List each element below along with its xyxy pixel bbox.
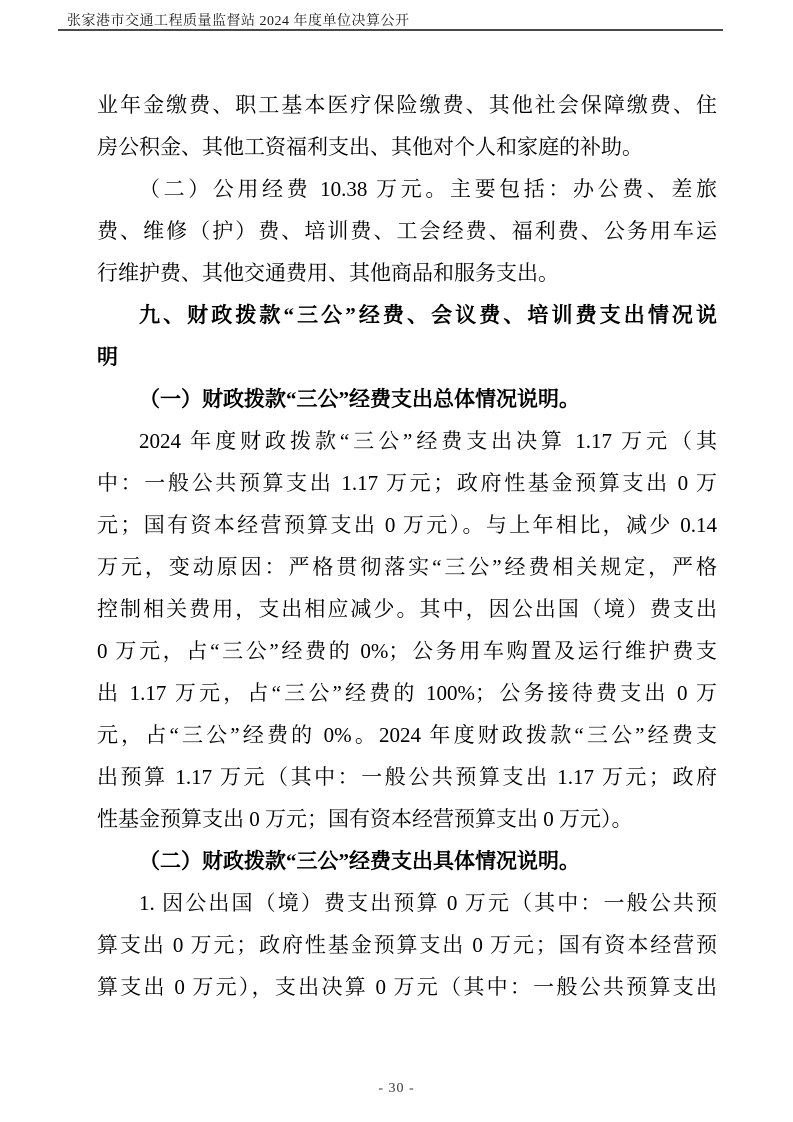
page-footer: - 30 -: [0, 1081, 793, 1097]
text-line: 算支出 0 万元；政府性基金预算支出 0 万元；国有资本经营预: [97, 924, 717, 966]
text-line: （二）公用经费 10.38 万元。主要包括：办公费、差旅: [97, 168, 717, 210]
paragraph-welfare-expenses: 业年金缴费、职工基本医疗保险缴费、其他社会保障缴费、住 房公积金、其他工资福利支…: [97, 84, 717, 168]
text-line: 行维护费、其他交通费用、其他商品和服务支出。: [97, 252, 717, 294]
text-line: 费、维修（护）费、培训费、工会经费、福利费、公务用车运: [97, 210, 717, 252]
text-line: 元，占“三公”经费的 0%。2024 年度财政拨款“三公”经费支: [97, 714, 717, 756]
text-line: 业年金缴费、职工基本医疗保险缴费、其他社会保障缴费、住: [97, 84, 717, 126]
text-line: 1. 因公出国（境）费支出预算 0 万元（其中：一般公共预: [97, 882, 717, 924]
text-line: 元；国有资本经营预算支出 0 万元）。与上年相比，减少 0.14: [97, 504, 717, 546]
text-line: 出预算 1.17 万元（其中：一般公共预算支出 1.17 万元；政府: [97, 756, 717, 798]
text-line: 0 万元，占“三公”经费的 0%；公务用车购置及运行维护费支: [97, 630, 717, 672]
text-line: 出 1.17 万元，占“三公”经费的 100%；公务接待费支出 0 万: [97, 672, 717, 714]
text-line: 算支出 0 万元），支出决算 0 万元（其中：一般公共预算支出: [97, 966, 717, 1008]
text-line: 中：一般公共预算支出 1.17 万元；政府性基金预算支出 0 万: [97, 462, 717, 504]
subheading-overall-situation: （一）财政拨款“三公”经费支出总体情况说明。: [97, 378, 717, 420]
paragraph-overseas-travel: 1. 因公出国（境）费支出预算 0 万元（其中：一般公共预 算支出 0 万元；政…: [97, 882, 717, 1008]
text-line: 控制相关费用，支出相应减少。其中，因公出国（境）费支出: [97, 588, 717, 630]
text-line: 性基金预算支出 0 万元；国有资本经营预算支出 0 万元）。: [97, 798, 717, 840]
document-body: 业年金缴费、职工基本医疗保险缴费、其他社会保障缴费、住 房公积金、其他工资福利支…: [97, 84, 717, 1008]
page-header-title: 张家港市交通工程质量监督站 2024 年度单位决算公开: [67, 10, 410, 30]
paragraph-public-funds: （二）公用经费 10.38 万元。主要包括：办公费、差旅 费、维修（护）费、培训…: [97, 168, 717, 294]
text-line: 万元，变动原因：严格贯彻落实“三公”经费相关规定，严格: [97, 546, 717, 588]
header-divider: [58, 29, 723, 31]
text-line: （二）财政拨款“三公”经费支出具体情况说明。: [97, 840, 717, 882]
text-line: （一）财政拨款“三公”经费支出总体情况说明。: [97, 378, 717, 420]
text-line: 明: [97, 336, 717, 378]
page-number: - 30 -: [378, 1081, 414, 1096]
section-heading-nine: 九、财政拨款“三公”经费、会议费、培训费支出情况说 明: [97, 294, 717, 378]
text-line: 2024 年度财政拨款“三公”经费支出决算 1.17 万元（其: [97, 420, 717, 462]
text-line: 房公积金、其他工资福利支出、其他对个人和家庭的补助。: [97, 126, 717, 168]
document-page: 张家港市交通工程质量监督站 2024 年度单位决算公开 业年金缴费、职工基本医疗…: [0, 0, 793, 1122]
paragraph-overall-expenditure: 2024 年度财政拨款“三公”经费支出决算 1.17 万元（其 中：一般公共预算…: [97, 420, 717, 840]
subheading-specific-situation: （二）财政拨款“三公”经费支出具体情况说明。: [97, 840, 717, 882]
text-line: 九、财政拨款“三公”经费、会议费、培训费支出情况说: [97, 294, 717, 336]
